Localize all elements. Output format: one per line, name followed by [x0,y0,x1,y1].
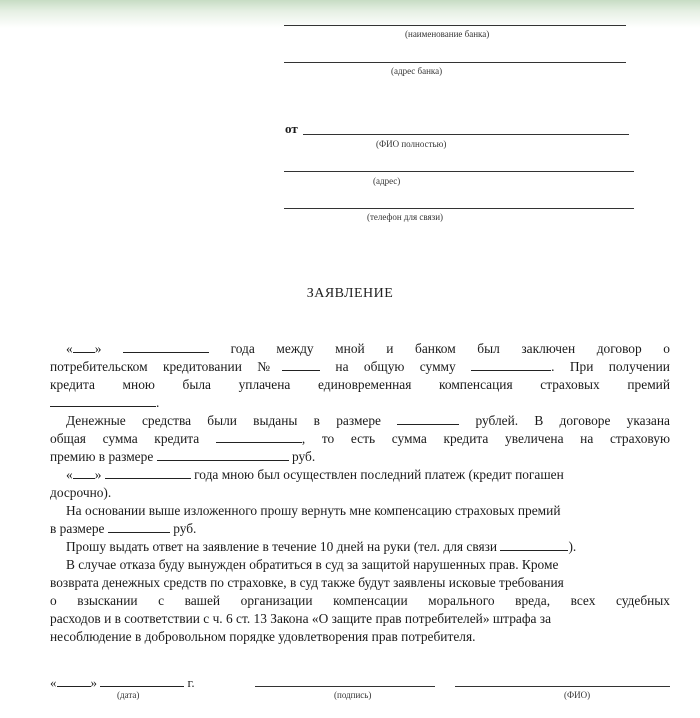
refund-amount-blank[interactable] [108,520,170,533]
full-name-line [303,134,629,135]
contact-phone-blank[interactable] [500,538,568,551]
paragraph-4-line-1: На основании выше изложенного прошу верн… [50,502,670,520]
paragraph-6-line-2: возврата денежных средств по страховке, … [50,574,670,592]
full-name-caption: (ФИО полностью) [376,139,446,149]
bank-name-caption: (наименование банка) [405,29,489,39]
paragraph-6-line-3: о взыскании с вашей организации компенса… [50,592,670,610]
signature-day-blank[interactable] [57,674,91,687]
issued-amount-blank[interactable] [397,412,459,425]
paragraph-1-line-1: «» года между мной и банком был заключен… [50,340,670,358]
top-gradient-bar [0,0,700,28]
document-body: «» года между мной и банком был заключен… [50,340,670,646]
insurance-compensation-blank[interactable] [50,394,156,407]
last-payment-date-blank[interactable] [105,466,191,479]
total-sum-blank[interactable] [471,358,551,371]
phone-line [284,208,634,209]
bank-name-line [284,25,626,26]
paragraph-1-line-4: . [50,394,670,412]
paragraph-6-line-1: В случае отказа буду вынужден обратиться… [50,556,670,574]
from-label: от [285,121,298,137]
signature-caption: (подпись) [334,690,371,700]
credit-total-blank[interactable] [216,430,302,443]
printed-name-caption: (ФИО) [564,690,590,700]
document-title: ЗАЯВЛЕНИЕ [0,286,700,302]
paragraph-3-line-1: «» года мною был осуществлен последний п… [50,466,670,484]
date-caption: (дата) [117,690,139,700]
last-payment-day-blank[interactable] [73,466,95,479]
paragraph-1-line-2: потребительском кредитовании № на общую … [50,358,670,376]
address-caption: (адрес) [373,176,400,186]
month-year-blank[interactable] [123,340,209,353]
paragraph-5-line-1: Прошу выдать ответ на заявление в течени… [50,538,670,556]
date-block: «» г. [50,674,195,691]
contract-number-blank[interactable] [282,358,320,371]
bank-address-caption: (адрес банка) [391,66,442,76]
paragraph-2-line-2: общая сумма кредита , то есть сумма кред… [50,430,670,448]
phone-caption: (телефон для связи) [367,212,443,222]
paragraph-3-line-2: досрочно). [50,484,670,502]
paragraph-6-line-4: расходов и в соответствии с ч. 6 ст. 13 … [50,610,670,628]
signature-date-blank[interactable] [100,674,184,687]
paragraph-4-line-2: в размере руб. [50,520,670,538]
day-blank[interactable] [73,340,95,353]
bank-address-line [284,62,626,63]
printed-name-line[interactable] [455,686,670,687]
paragraph-6-line-5: несоблюдение в добровольном порядке удов… [50,628,670,646]
paragraph-2-line-3: премию в размере руб. [50,448,670,466]
address-line [284,171,634,172]
premium-amount-blank[interactable] [157,448,289,461]
signature-line[interactable] [255,686,435,687]
paragraph-2-line-1: Денежные средства были выданы в размере … [50,412,670,430]
paragraph-1-line-3: кредита мною была уплачена единовременна… [50,376,670,394]
